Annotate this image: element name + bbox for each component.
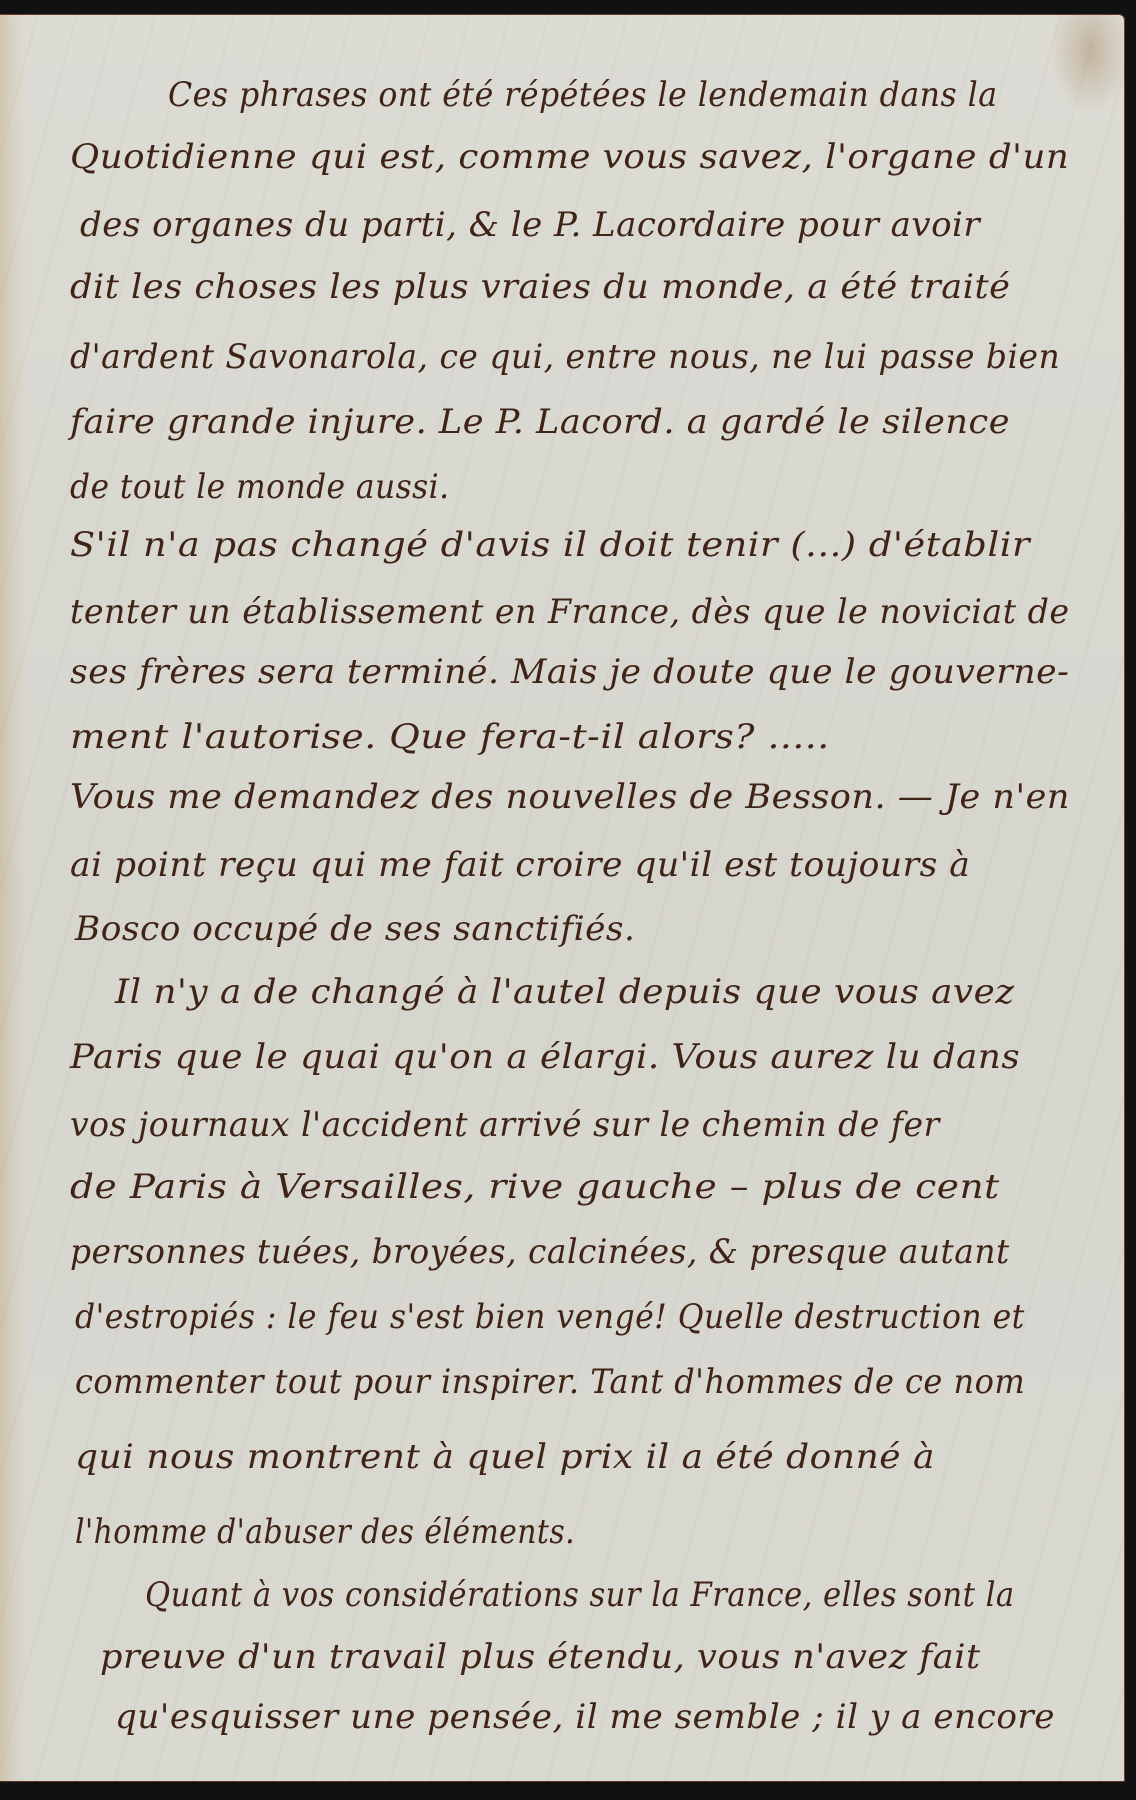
text-line: dit les choses les plus vraies du monde,… (70, 270, 1010, 304)
text-line: de Paris à Versailles, rive gauche – plu… (70, 1170, 1000, 1204)
text-line: Vous me demandez des nouvelles de Besson… (70, 780, 1070, 814)
text-line: preuve d'un travail plus étendu, vous n'… (100, 1640, 981, 1674)
text-line: de tout le monde aussi. (70, 470, 450, 504)
text-line: commenter tout pour inspirer. Tant d'hom… (75, 1365, 1025, 1399)
text-line: des organes du parti, & le P. Lacordaire… (80, 208, 980, 242)
text-line: Quotidienne qui est, comme vous savez, l… (70, 140, 1069, 174)
text-line: Bosco occupé de ses sanctifiés. (75, 912, 635, 946)
text-line: ai point reçu qui me fait croire qu'il e… (70, 848, 970, 882)
text-line: ment l'autorise. Que fera-t-il alors? ..… (70, 720, 830, 754)
text-line: Quant à vos considérations sur la France… (145, 1578, 1015, 1612)
text-line: Il n'y a de changé à l'autel depuis que … (115, 975, 1015, 1009)
text-line: vos journaux l'accident arrivé sur le ch… (70, 1108, 940, 1142)
text-line: tenter un établissement en France, dès q… (70, 595, 1070, 629)
text-line: ses frères sera terminé. Mais je doute q… (70, 655, 1069, 689)
text-line: personnes tuées, broyées, calcinées, & p… (70, 1235, 1010, 1269)
text-line: qui nous montrent à quel prix il a été d… (75, 1440, 935, 1474)
text-line: d'ardent Savonarola, ce qui, entre nous,… (70, 340, 1060, 374)
text-line: Ces phrases ont été répétées le lendemai… (168, 78, 997, 112)
text-line: Paris que le quai qu'on a élargi. Vous a… (70, 1040, 1020, 1074)
text-line: l'homme d'abuser des éléments. (75, 1515, 575, 1549)
text-line: d'estropiés : le feu s'est bien vengé! Q… (75, 1300, 1025, 1334)
text-line: S'il n'a pas changé d'avis il doit tenir… (70, 528, 1030, 562)
text-line: qu'esquisser une pensée, il me semble ; … (115, 1700, 1055, 1734)
text-line: faire grande injure. Le P. Lacord. a gar… (70, 405, 1010, 439)
scan-background: Ces phrases ont été répétées le lendemai… (0, 0, 1136, 1800)
